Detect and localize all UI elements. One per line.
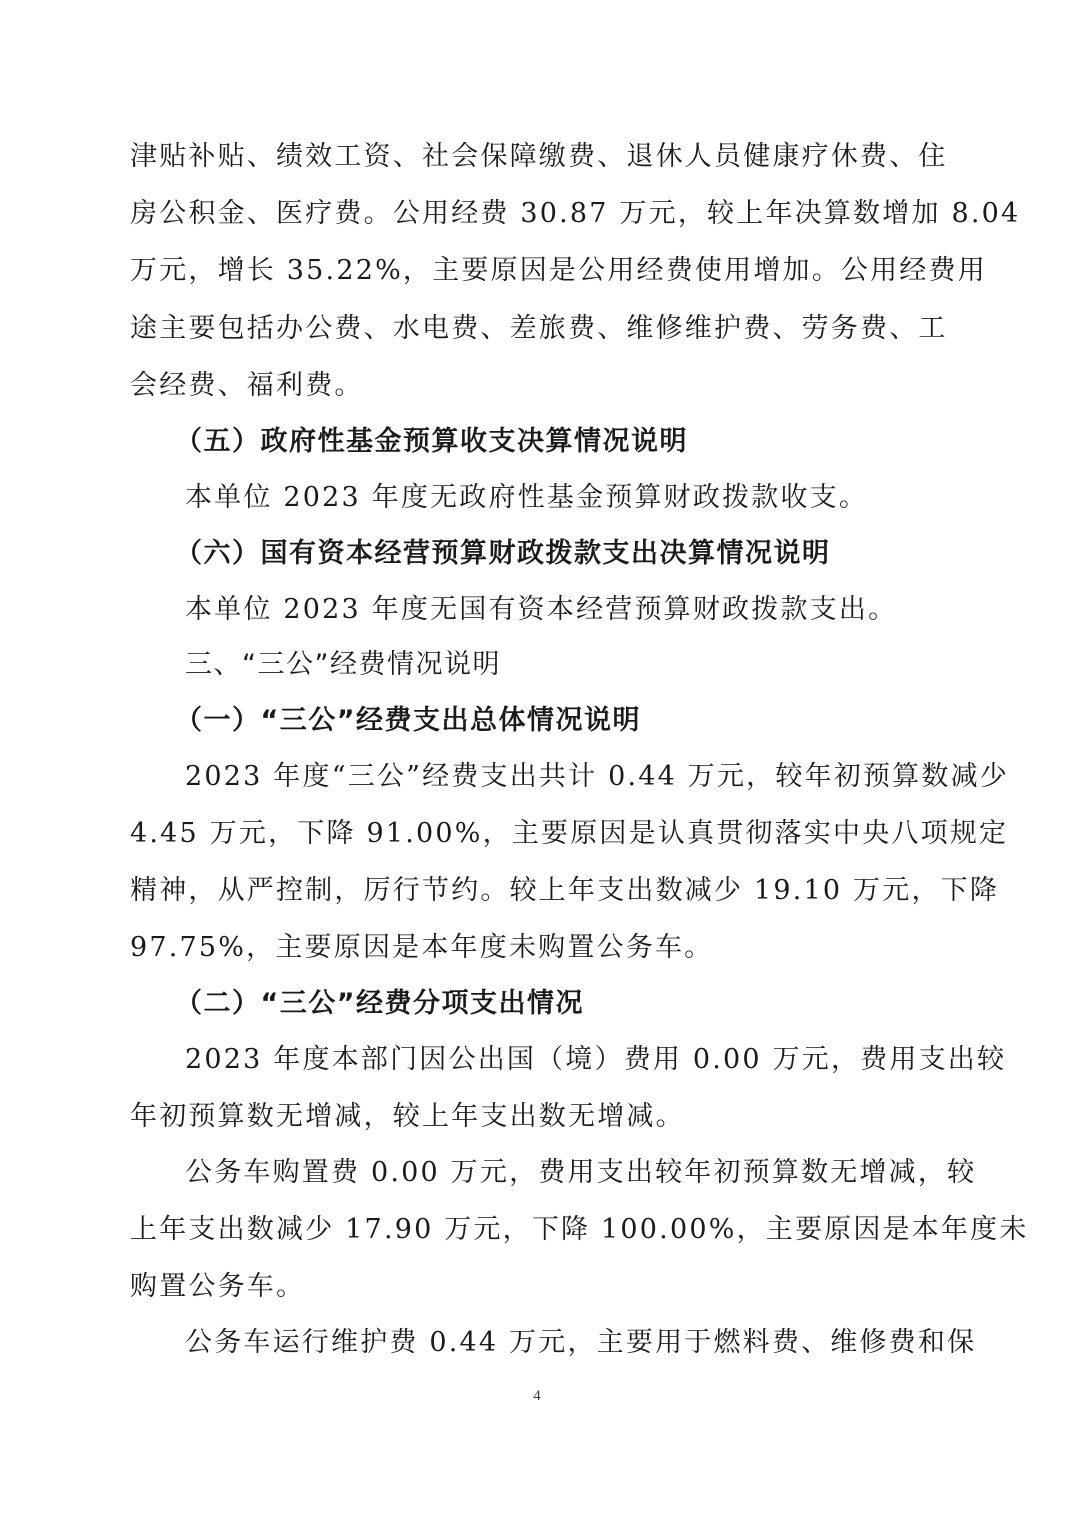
paragraph-first-line: 2023 年度“三公”经费支出共计 0.44 万元，较年初预算数减少 [185, 760, 945, 794]
body-text-line: 上年支出数减少 17.90 万元，下降 100.00%，主要原因是本年度未 [130, 1213, 945, 1247]
section-heading: 三、“三公”经费情况说明 [185, 648, 1000, 682]
body-text-line: 97.75%，主要原因是本年度未购置公务车。 [130, 931, 945, 965]
body-text-line: 途主要包括办公费、水电费、差旅费、维修维护费、劳务费、工 [130, 312, 945, 346]
paragraph-first-line: 公务车购置费 0.00 万元，费用支出较年初预算数无增减，较 [185, 1156, 945, 1190]
paragraph-line: 本单位 2023 年度无政府性基金预算财政拨款收支。 [185, 481, 945, 515]
body-text-line: 津贴补贴、绩效工资、社会保障缴费、退休人员健康疗休费、住 [130, 140, 945, 174]
section-subheading: （六）国有资本经营预算财政拨款支出决算情况说明 [175, 537, 990, 571]
body-text-line: 4.45 万元，下降 91.00%，主要原因是认真贯彻落实中央八项规定 [130, 817, 945, 851]
body-text-line: 年初预算数无增减，较上年支出数无增减。 [130, 1100, 945, 1134]
body-text-line: 房公积金、医疗费。公用经费 30.87 万元，较上年决算数增加 8.04 [130, 197, 945, 231]
page-number: 4 [0, 1388, 1074, 1405]
section-subheading: （一）“三公”经费支出总体情况说明 [175, 704, 990, 738]
body-text-line: 万元，增长 35.22%，主要原因是公用经费使用增加。公用经费用 [130, 254, 945, 288]
section-subheading: （二）“三公”经费分项支出情况 [175, 987, 990, 1021]
paragraph-first-line: 2023 年度本部门因公出国（境）费用 0.00 万元，费用支出较 [185, 1043, 945, 1077]
paragraph-first-line: 公务车运行维护费 0.44 万元，主要用于燃料费、维修费和保 [185, 1326, 945, 1360]
document-page: 津贴补贴、绩效工资、社会保障缴费、退休人员健康疗休费、住房公积金、医疗费。公用经… [0, 0, 1074, 1520]
paragraph-line: 本单位 2023 年度无国有资本经营预算财政拨款支出。 [185, 593, 945, 627]
body-text-line: 购置公务车。 [130, 1270, 945, 1304]
section-subheading: （五）政府性基金预算收支决算情况说明 [175, 425, 990, 459]
body-text-line: 会经费、福利费。 [130, 369, 945, 403]
body-text-line: 精神，从严控制，厉行节约。较上年支出数减少 19.10 万元，下降 [130, 874, 945, 908]
